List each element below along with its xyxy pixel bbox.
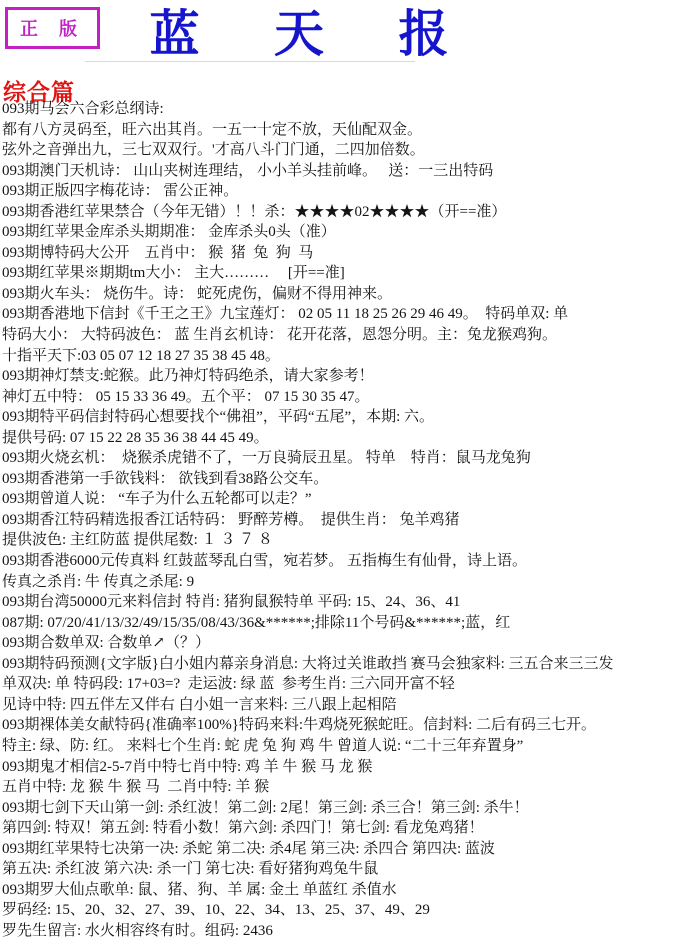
text-line: 093期特码预测{文字版}白小姐内幕亲身消息: 大将过关谁敢挡 赛马会独家料: … — [2, 654, 676, 675]
text-line: 093期曾道人说： “车子为什么五轮都可以走？” — [2, 489, 676, 510]
text-line: 093期红苹果※期期tm大小： 主大……… [开==准] — [2, 263, 676, 284]
text-line: 罗先生留言: 水火相容终有时。组码: 2436 — [2, 921, 676, 942]
text-line: 第四剑: 特双！第五剑: 特看小数！第六剑: 杀四门！第七剑: 看龙兔鸡猪！ — [2, 818, 676, 839]
text-line: 093期澳门天机诗： 山山夹树连理结， 小小羊头挂前峰。 送：一三出特码 — [2, 161, 676, 182]
title-underline — [85, 61, 415, 62]
text-line: 093期博特码大公开 五肖中： 猴 猪 兔 狗 马 — [2, 243, 676, 264]
text-line: 见诗中特: 四五伴左又伴右 白小姐一言来料: 三八跟上起相陪 — [2, 695, 676, 716]
text-line: 093期红苹果特七决第一决: 杀蛇 第二决: 杀4尾 第三决: 杀四合 第四决:… — [2, 839, 676, 860]
lantian-report-page: { "header": { "badge": "正 版", "title": "… — [0, 0, 677, 944]
text-line: 093期马会六合彩总纲诗: — [2, 99, 676, 120]
text-line: 093期特平码信封特码心想要找个“佛祖”，平码“五尾”，本期: 六。 — [2, 407, 676, 428]
text-line: 093期七剑下天山第一剑: 杀红波！第二剑: 2尾！第三剑: 杀三合！第三剑: … — [2, 798, 676, 819]
text-line: 单双决: 单 特码段: 17+03=? 走运波: 绿 蓝 参考生肖: 三六同开富… — [2, 674, 676, 695]
text-line: 093期香港地下信封《千王之王》九宝莲灯： 02 05 11 18 25 26 … — [2, 304, 676, 325]
content-lines: 093期马会六合彩总纲诗:都有八方灵码至，旺六出其肖。一五一十定不放，天仙配双金… — [2, 99, 676, 941]
text-line: 093期裸体美女献特码{准确率100%}特码来料:牛鸡烧死猴蛇旺。信封料: 二后… — [2, 715, 676, 736]
text-line: 弦外之音弹出九，三七双双行。'才高八斗门门通，二四加倍数。 — [2, 140, 676, 161]
text-line: 093期香港第一手欲钱料： 欲钱到看38路公交车。 — [2, 469, 676, 490]
text-line: 093期台湾50000元来料信封 特肖: 猪狗鼠猴特单 平码: 15、24、36… — [2, 592, 676, 613]
text-line: 特主: 绿、防: 红。 来料七个生肖: 蛇 虎 兔 狗 鸡 牛 曾道人说: “二… — [2, 736, 676, 757]
text-line: 093期罗大仙点歌单: 鼠、猪、狗、羊 属: 金土 单蓝红 杀值水 — [2, 880, 676, 901]
text-line: 传真之杀肖: 牛 传真之杀尾: 9 — [2, 572, 676, 593]
text-line: 087期: 07/20/41/13/32/49/15/35/08/43/36&*… — [2, 613, 676, 634]
text-line: 093期香港6000元传真料 红鼓蓝琴乱白雪，宛若梦。 五指梅生有仙骨，诗上语。 — [2, 551, 676, 572]
text-line: 093期神灯禁支:蛇猴。此乃神灯特码绝杀，请大家参考！ — [2, 366, 676, 387]
text-line: 十指平天下:03 05 07 12 18 27 35 38 45 48。 — [2, 346, 676, 367]
text-line: 提供号码: 07 15 22 28 35 36 38 44 45 49。 — [2, 428, 676, 449]
text-line: 神灯五中特： 05 15 33 36 49。五个平： 07 15 30 35 4… — [2, 387, 676, 408]
text-line: 093期正版四字梅花诗： 雷公正神。 — [2, 181, 676, 202]
text-line: 093期香港红苹果禁合（今年无错）！！杀：★★★★02★★★★（开==准） — [2, 202, 676, 223]
text-line: 特码大小： 大特码波色： 蓝 生肖玄机诗： 花开花落，恩怨分明。主：兔龙猴鸡狗。 — [2, 325, 676, 346]
text-line: 都有八方灵码至，旺六出其肖。一五一十定不放，天仙配双金。 — [2, 120, 676, 141]
text-line: 提供波色: 主红防蓝 提供尾数: １ ３ ７ ８ — [2, 530, 676, 551]
text-line: 五肖中特: 龙 猴 牛 猴 马 二肖中特: 羊 猴 — [2, 777, 676, 798]
text-line: 第五决: 杀红波 第六决: 杀一门 第七决: 看好猪狗鸡兔牛鼠 — [2, 859, 676, 880]
text-line: 093期火车头： 烧伤牛。诗： 蛇死虎伤，偏财不得用神来。 — [2, 284, 676, 305]
text-line: 093期香江特码精选报香江话特码： 野醉芳樽。 提供生肖： 兔羊鸡猪 — [2, 510, 676, 531]
text-line: 093期鬼才相信2-5-7肖中特七肖中特: 鸡 羊 牛 猴 马 龙 猴 — [2, 757, 676, 778]
text-line: 罗码经: 15、20、32、27、39、10、22、34、13、25、37、49… — [2, 900, 676, 921]
text-line: 093期火烧玄机： 烧猴杀虎错不了，一万良骑辰丑星。 特单 特肖：鼠马龙兔狗 — [2, 448, 676, 469]
text-line: 093期合数单双: 合数单↗（？） — [2, 633, 676, 654]
text-line: 093期红苹果金库杀头期期准： 金库杀头0头（准） — [2, 222, 676, 243]
page-title: 蓝 天 报 — [0, 0, 600, 66]
